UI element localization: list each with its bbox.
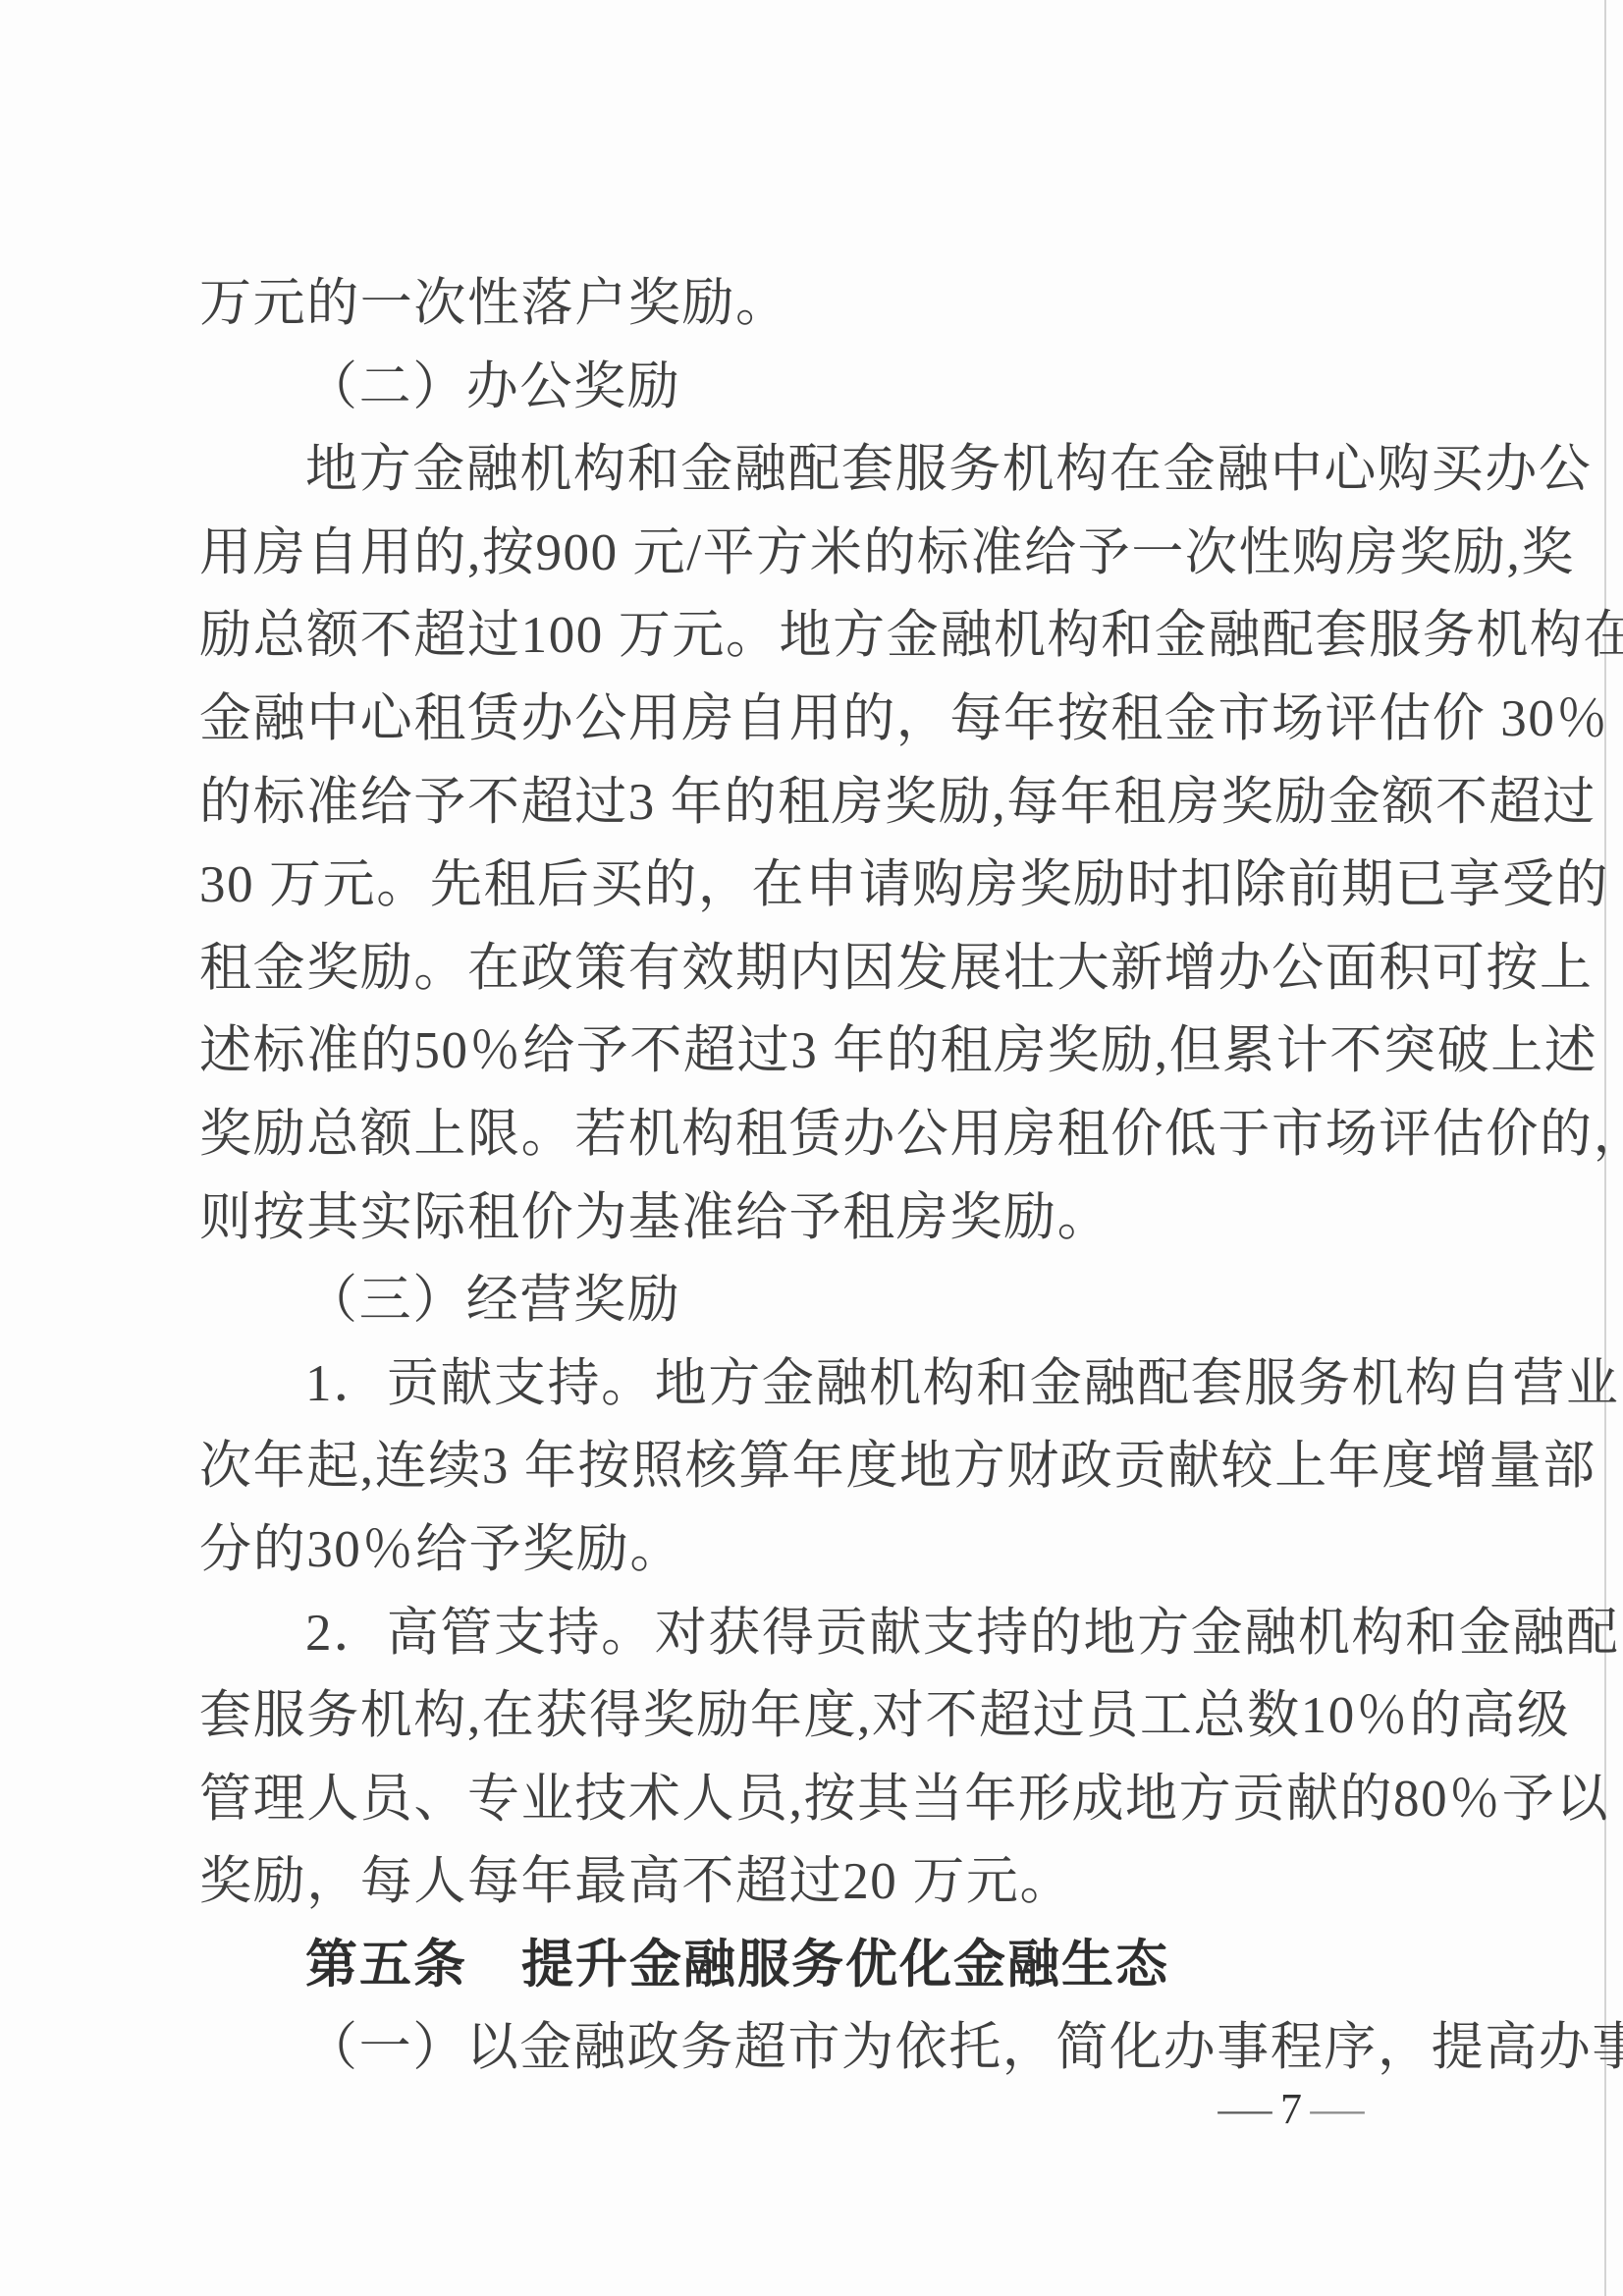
text-line: 地方金融机构和金融配套服务机构在金融中心购买办公 — [199, 428, 1505, 512]
footer-left-dash: — — [1218, 2084, 1272, 2134]
text-line: 30 万元。先租后买的，在申请购房奖励时扣除前期已享受的 — [199, 844, 1505, 927]
document-body: 万元的一次性落户奖励。 （二）办公奖励 地方金融机构和金融配套服务机构在金融中心… — [199, 262, 1505, 2090]
document-page: 万元的一次性落户奖励。 （二）办公奖励 地方金融机构和金融配套服务机构在金融中心… — [0, 0, 1623, 2296]
page-footer: — 7 — — [1188, 2074, 1394, 2143]
text-line: 用房自用的,按900 元/平方米的标准给予一次性购房奖励,奖 — [199, 512, 1505, 595]
page-number: 7 — [1280, 2084, 1302, 2134]
text-line: 管理人员、专业技术人员,按其当年形成地方贡献的80％予以 — [199, 1758, 1505, 1841]
text-line: 万元的一次性落户奖励。 — [199, 262, 1505, 346]
text-line: 套服务机构,在获得奖励年度,对不超过员工总数10％的高级 — [199, 1674, 1505, 1758]
text-line: 励总额不超过100 万元。地方金融机构和金融配套服务机构在 — [199, 594, 1505, 678]
text-line: 1．贡献支持。地方金融机构和金融配套服务机构自营业 — [199, 1342, 1505, 1426]
text-line: 述标准的50％给予不超过3 年的租房奖励,但累计不突破上述 — [199, 1010, 1505, 1093]
text-line: 次年起,连续3 年按照核算年度地方财政贡献较上年度增量部 — [199, 1425, 1505, 1508]
text-line: 的标准给予不超过3 年的租房奖励,每年租房奖励金额不超过 — [199, 761, 1505, 845]
footer-right-dash: — — [1311, 2084, 1365, 2134]
text-line: 分的30％给予奖励。 — [199, 1508, 1505, 1592]
text-line: 奖励，每人每年最高不超过20 万元。 — [199, 1840, 1505, 1924]
section-heading: （三）经营奖励 — [199, 1259, 1505, 1342]
text-line: 租金奖励。在政策有效期内因发展壮大新增办公面积可按上 — [199, 927, 1505, 1011]
section-heading: （二）办公奖励 — [199, 346, 1505, 429]
text-line: 金融中心租赁办公用房自用的，每年按租金市场评估价 30％ — [199, 678, 1505, 761]
text-line: 则按其实际租价为基准给予租房奖励。 — [199, 1176, 1505, 1260]
article-heading: 第五条 提升金融服务优化金融生态 — [199, 1924, 1505, 2007]
text-line: 2．高管支持。对获得贡献支持的地方金融机构和金融配 — [199, 1592, 1505, 1675]
text-line: 奖励总额上限。若机构租赁办公用房租价低于市场评估价的， — [199, 1093, 1505, 1176]
